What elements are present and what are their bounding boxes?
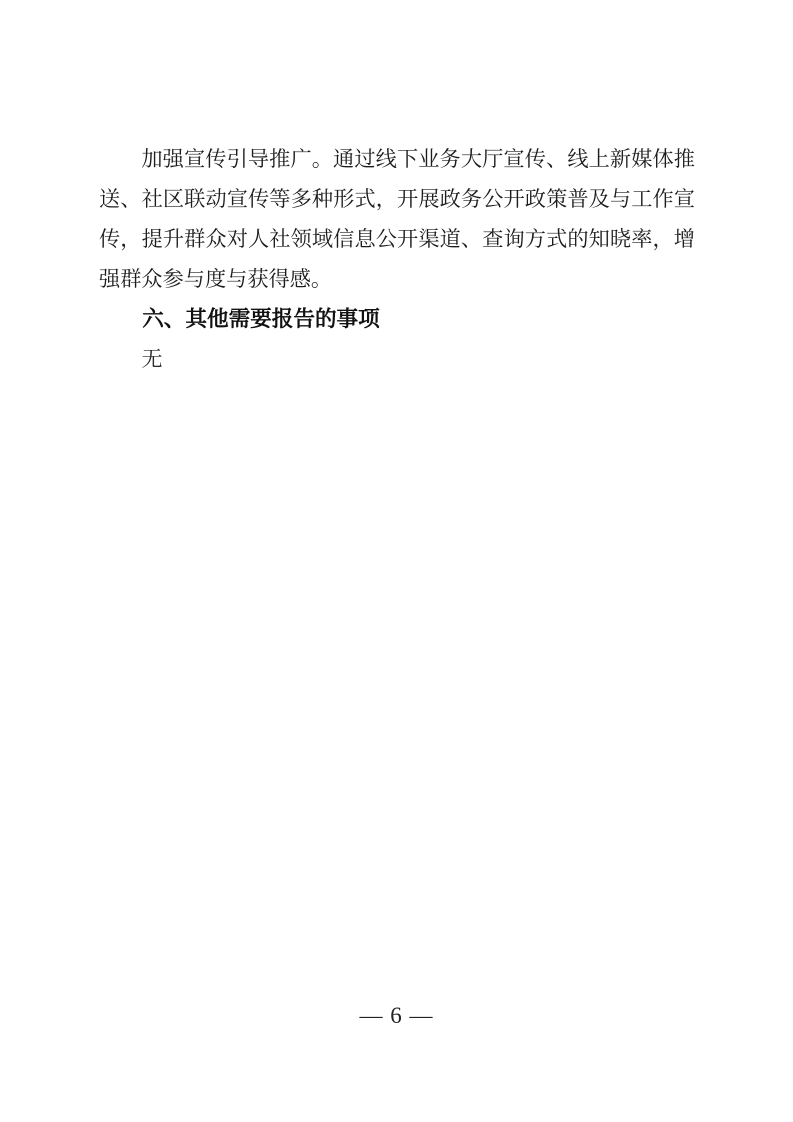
- document-body: 加强宣传引导推广。通过线下业务大厅宣传、线上新媒体推送、社区联动宣传等多种形式，…: [99, 139, 695, 379]
- paragraph-publicity-promotion: 加强宣传引导推广。通过线下业务大厅宣传、线上新媒体推送、社区联动宣传等多种形式，…: [99, 139, 695, 299]
- page-number: — 6 —: [0, 1002, 793, 1030]
- document-page: 加强宣传引导推广。通过线下业务大厅宣传、线上新媒体推送、社区联动宣传等多种形式，…: [0, 0, 793, 1122]
- section-body-none: 无: [99, 339, 695, 379]
- section-heading-other-matters: 六、其他需要报告的事项: [99, 299, 695, 339]
